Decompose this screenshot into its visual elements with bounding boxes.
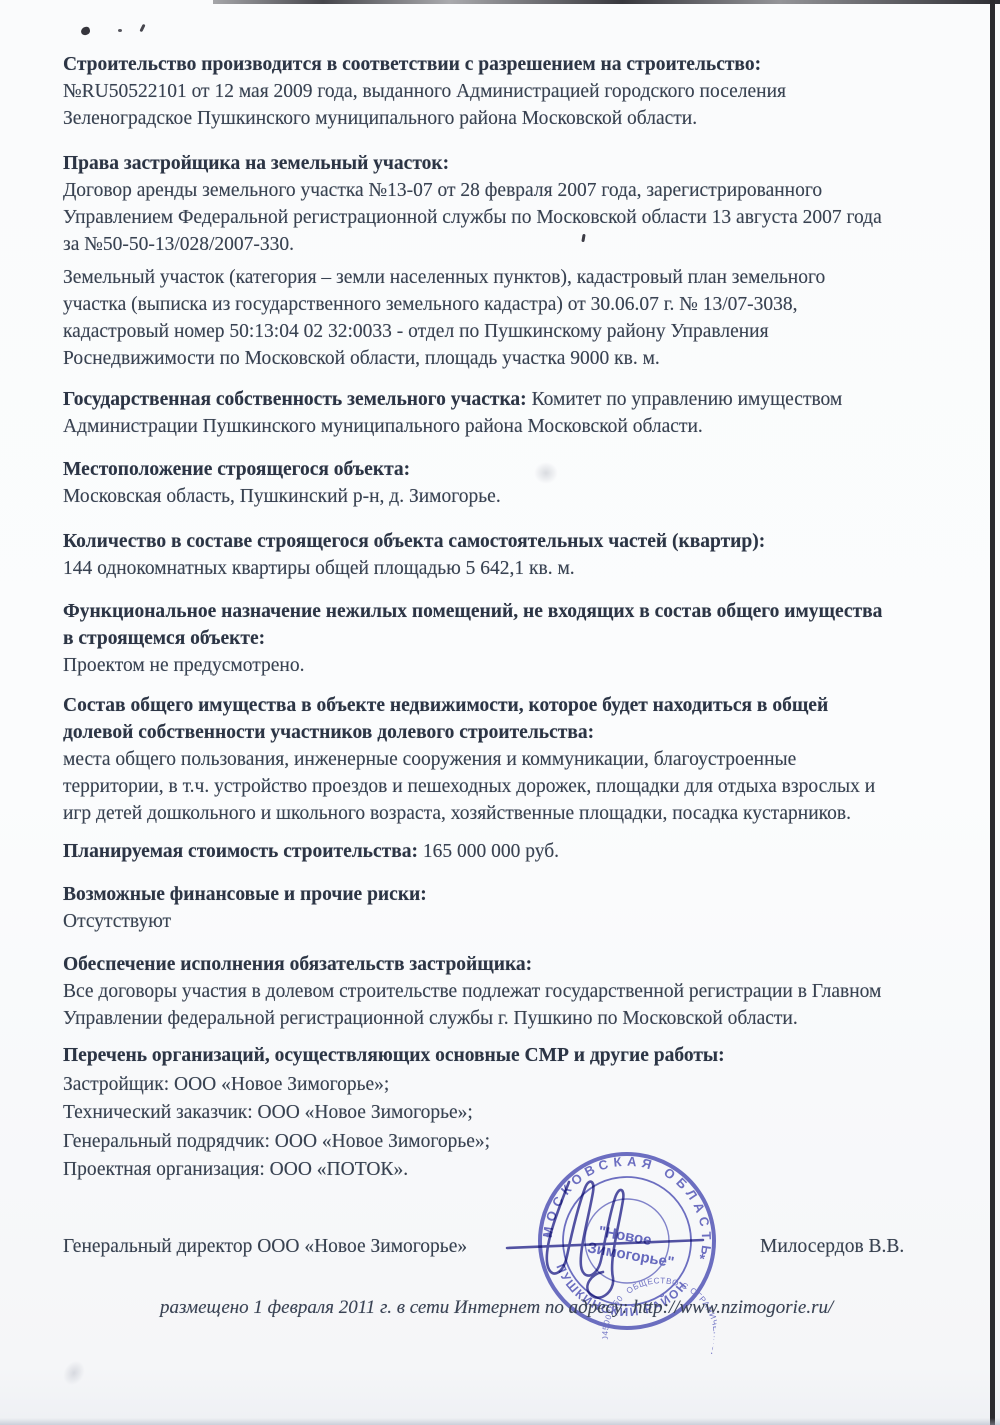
text-line: Управлении федеральной регистрационной с… [63, 1005, 941, 1032]
section-heading: Состав общего имущества в объекте недвиж… [63, 692, 941, 719]
text-line: Земельный участок (категория – земли нас… [63, 264, 941, 291]
section-land-rights: Права застройщика на земельный участок: … [63, 150, 941, 258]
text-line: места общего пользования, инженерные соо… [63, 746, 941, 773]
text-line: Управлением Федеральной регистрационной … [63, 204, 941, 231]
text-line: Зеленоградское Пушкинского муниципальног… [63, 105, 941, 132]
section-heading: Обеспечение исполнения обязательств заст… [63, 951, 941, 978]
section-heading-line2: долевой собственности участников долевог… [63, 719, 941, 746]
director-name: Милосердов В.В. [760, 1236, 904, 1258]
text-line: за №50-50-13/028/2007-330. [63, 231, 941, 258]
text-line: игр детей дошкольного и школьного возрас… [63, 800, 941, 827]
scanner-edge-right [990, 0, 995, 1425]
text-line: Технический заказчик: ООО «Новое Зимогор… [63, 1099, 941, 1128]
text-line: кадастровый номер 50:13:04 02 32:0033 - … [63, 318, 941, 345]
heading-suffix: Комитет по управлению имуществом [527, 389, 843, 410]
text-line: Договор аренды земельного участка №13-07… [63, 177, 941, 204]
heading-suffix: 165 000 000 руб. [418, 841, 559, 862]
section-heading: Возможные финансовые и прочие риски: [63, 881, 941, 908]
section-units-count: Количество в составе строящегося объекта… [63, 528, 941, 582]
text-line: Роснедвижимости по Московской области, п… [63, 345, 941, 372]
section-heading: Функциональное назначение нежилых помеще… [63, 598, 941, 625]
section-heading: Количество в составе строящегося объекта… [63, 528, 941, 555]
text-line: Государственная собственность земельного… [63, 386, 941, 413]
scan-speck [118, 29, 122, 32]
section-heading-line2: в строящемся объекте: [63, 625, 941, 652]
scanned-project-declaration-page: Строительство производится в соответстви… [0, 0, 1000, 1425]
section-heading: Государственная собственность земельного… [63, 389, 527, 410]
text-line: Застройщик: ООО «Новое Зимогорье»; [63, 1071, 941, 1100]
text-line: Все договоры участия в долевом строитель… [63, 978, 941, 1005]
text-line: Московская область, Пушкинский р-н, д. З… [63, 483, 941, 510]
section-contractors: Перечень организаций, осуществляющих осн… [63, 1042, 941, 1185]
section-construction-permit: Строительство производится в соответстви… [63, 51, 941, 132]
section-risks: Возможные финансовые и прочие риски: Отс… [63, 881, 941, 935]
scan-speck [80, 26, 91, 36]
text-line: Планируемая стоимость строительства: 165… [63, 838, 941, 865]
section-heading: Планируемая стоимость строительства: [63, 841, 418, 862]
text-line: Отсутствуют [63, 908, 941, 935]
text-line: Проектная организация: ООО «ПОТОК». [63, 1156, 941, 1185]
section-nonresidential-purpose: Функциональное назначение нежилых помеще… [63, 598, 941, 679]
text-line: участка (выписка из государственного зем… [63, 291, 941, 318]
section-heading: Местоположение строящегося объекта: [63, 456, 941, 483]
section-location: Местоположение строящегося объекта: Моск… [63, 456, 941, 510]
section-heading: Строительство производится в соответстви… [63, 51, 941, 78]
text-line: №RU50522101 от 12 мая 2009 года, выданно… [63, 78, 941, 105]
scan-speck [139, 24, 145, 33]
section-heading: Перечень организаций, осуществляющих осн… [63, 1042, 941, 1071]
publication-note: размещено 1 февраля 2011 г. в сети Интер… [160, 1297, 860, 1319]
text-line: Генеральный подрядчик: ООО «Новое Зимого… [63, 1128, 941, 1157]
section-land-plot: Земельный участок (категория – земли нас… [63, 264, 941, 372]
text-line: Администрации Пушкинского муниципального… [63, 413, 941, 440]
text-line: территории, в т.ч. устройство проездов и… [63, 773, 941, 800]
director-title: Генеральный директор ООО «Новое Зимогорь… [63, 1236, 467, 1258]
section-obligations: Обеспечение исполнения обязательств заст… [63, 951, 941, 1032]
section-heading: Права застройщика на земельный участок: [63, 150, 941, 177]
scanner-band-bottom [0, 1418, 1000, 1425]
section-common-property: Состав общего имущества в объекте недвиж… [63, 692, 941, 827]
section-state-ownership: Государственная собственность земельного… [63, 386, 941, 440]
scanner-streak-top [213, 0, 1000, 4]
signature-row: Генеральный директор ООО «Новое Зимогорь… [0, 1236, 1000, 1264]
text-line: Проектом не предусмотрено. [63, 652, 941, 679]
text-line: 144 однокомнатных квартиры общей площадь… [63, 555, 941, 582]
scan-smudge [59, 1357, 89, 1390]
section-planned-cost: Планируемая стоимость строительства: 165… [63, 838, 941, 865]
